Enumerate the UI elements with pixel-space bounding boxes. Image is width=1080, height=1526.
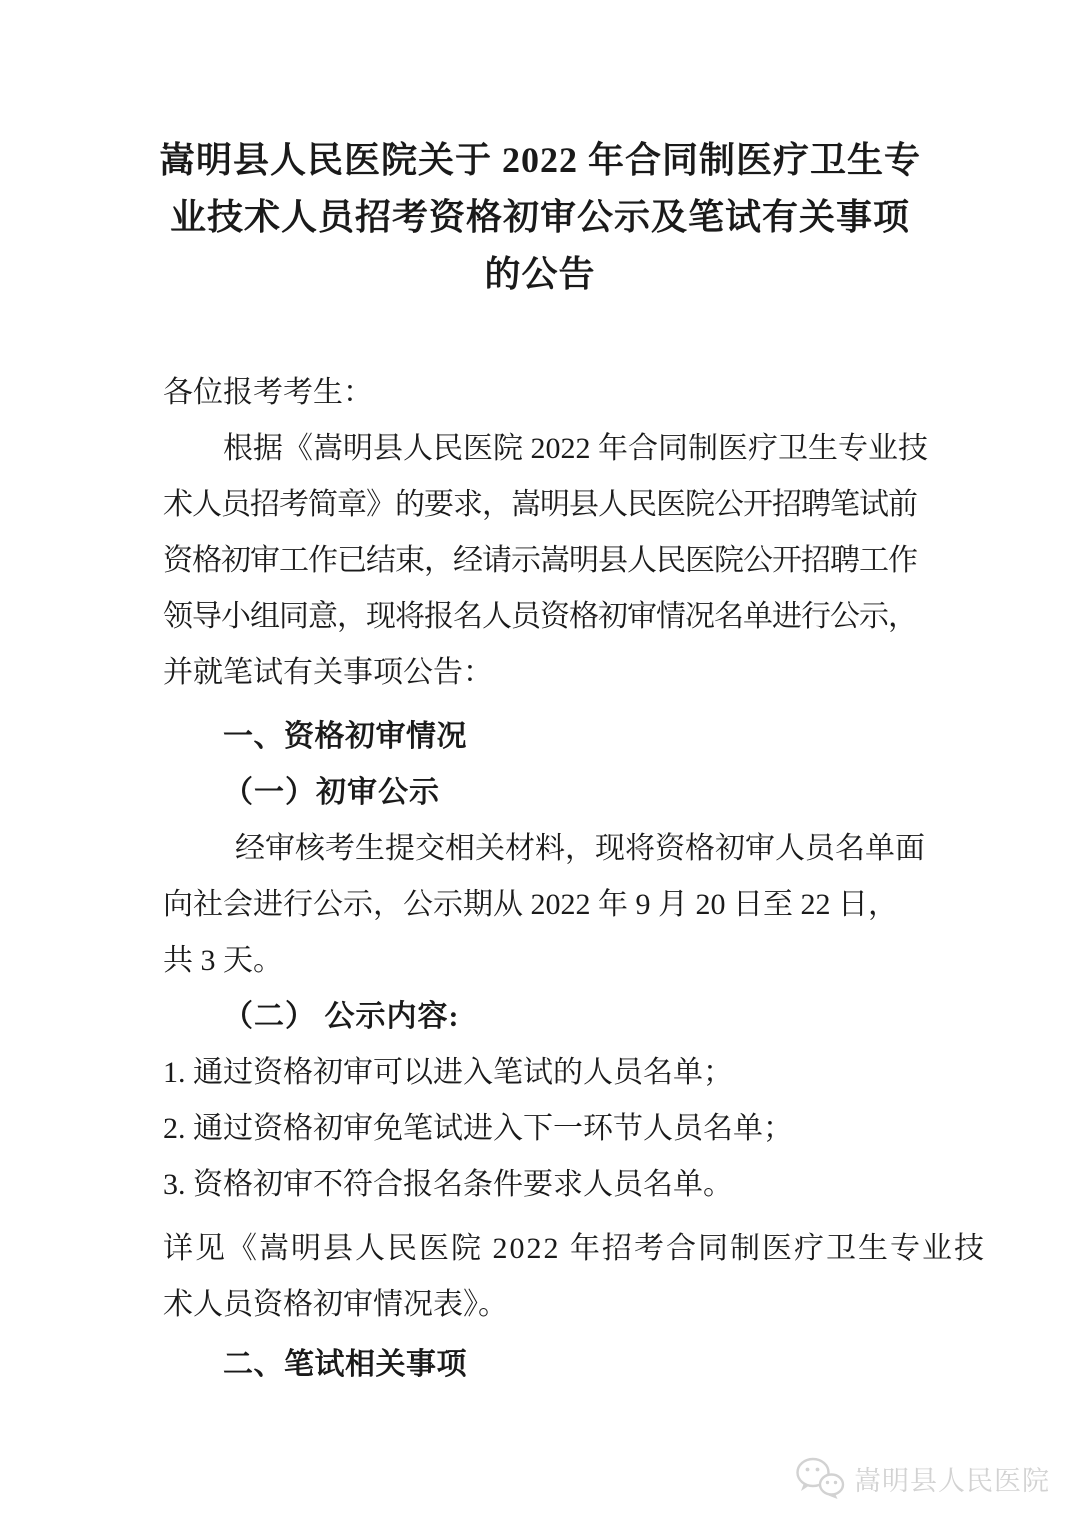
paragraph-2-line-2: 向社会进行公示，公示期从 2022 年 9 月 20 日至 22 日， bbox=[163, 877, 920, 933]
paragraph-3-line-1: 详见《嵩明县人民医院 2022 年招考合同制医疗卫生专业技 bbox=[163, 1221, 920, 1277]
list-item-2: 2. 通过资格初审免笔试进入下一环节人员名单； bbox=[163, 1101, 920, 1157]
title-line-1: 嵩明县人民医院关于 2022 年合同制医疗卫生专 bbox=[80, 132, 1000, 189]
section-2-heading: 二、笔试相关事项 bbox=[163, 1337, 920, 1393]
title-line-2: 业技术人员招考资格初审公示及笔试有关事项 bbox=[80, 189, 1000, 246]
paragraph-2-line-3: 共 3 天。 bbox=[163, 933, 920, 989]
list-item-3: 3. 资格初审不符合报名条件要求人员名单。 bbox=[163, 1157, 920, 1213]
document-body: 各位报考考生： 根据《嵩明县人民医院 2022 年合同制医疗卫生专业技 术人员招… bbox=[163, 365, 920, 1393]
paragraph-1-line-2: 术人员招考简章》的要求，嵩明县人民医院公开招聘笔试前 bbox=[163, 477, 920, 533]
paragraph-1-line-5: 并就笔试有关事项公告： bbox=[163, 645, 920, 701]
list-item-1: 1. 通过资格初审可以进入笔试的人员名单； bbox=[163, 1045, 920, 1101]
publisher-watermark: 嵩明县人民医院 bbox=[794, 1456, 1050, 1500]
paragraph-1-line-3: 资格初审工作已结束，经请示嵩明县人民医院公开招聘工作 bbox=[163, 533, 920, 589]
title-line-3: 的公告 bbox=[80, 246, 1000, 303]
paragraph-1-line-1: 根据《嵩明县人民医院 2022 年合同制医疗卫生专业技 bbox=[163, 421, 920, 477]
publisher-name: 嵩明县人民医院 bbox=[854, 1459, 1050, 1498]
section-1-heading: 一、资格初审情况 bbox=[163, 709, 920, 765]
section-1-sub-1-heading: （一）初审公示 bbox=[163, 765, 920, 821]
wechat-logo-icon bbox=[794, 1456, 846, 1500]
paragraph-1-line-4: 领导小组同意，现将报名人员资格初审情况名单进行公示， bbox=[163, 589, 920, 645]
paragraph-3-line-2: 术人员资格初审情况表》。 bbox=[163, 1277, 920, 1333]
document-title: 嵩明县人民医院关于 2022 年合同制医疗卫生专 业技术人员招考资格初审公示及笔… bbox=[80, 132, 1000, 303]
salutation: 各位报考考生： bbox=[163, 365, 920, 421]
announcement-document: 嵩明县人民医院关于 2022 年合同制医疗卫生专 业技术人员招考资格初审公示及笔… bbox=[0, 0, 1080, 1526]
paragraph-2-line-1: 经审核考生提交相关材料，现将资格初审人员名单面 bbox=[163, 821, 920, 877]
section-1-sub-2-heading: （二） 公示内容: bbox=[163, 989, 920, 1045]
